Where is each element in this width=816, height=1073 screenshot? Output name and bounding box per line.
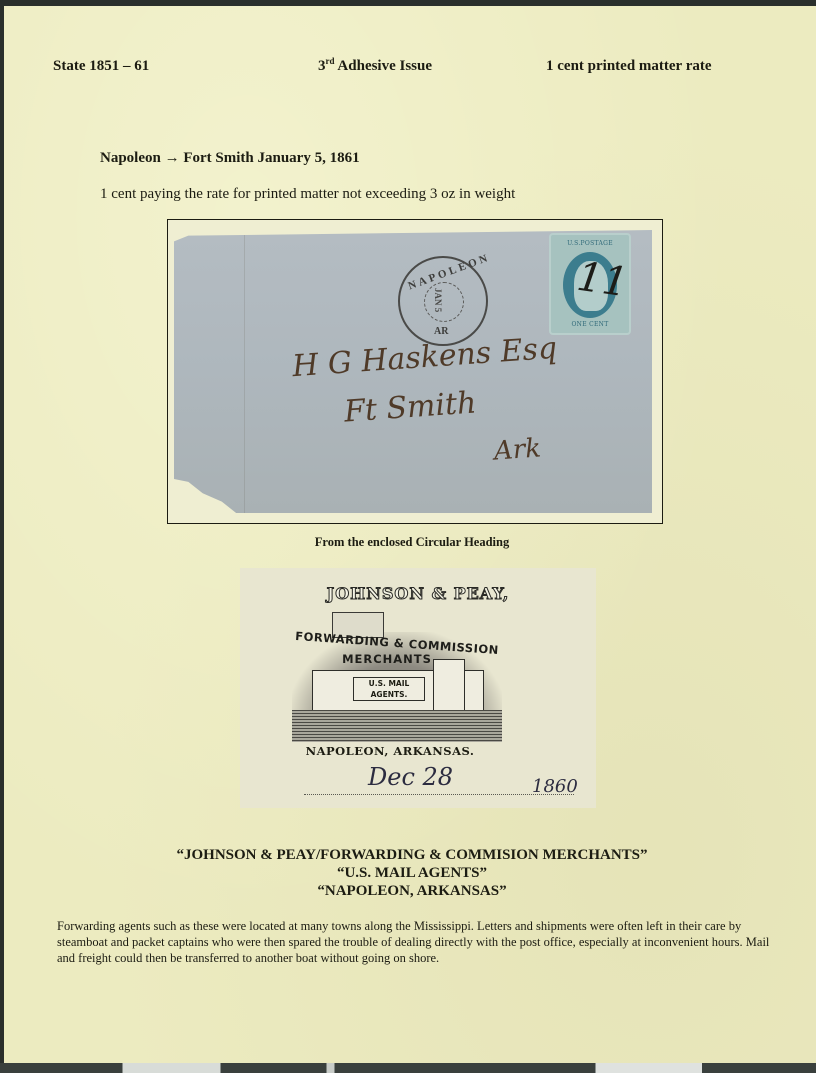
address-line-2: Ft Smith: [343, 385, 478, 429]
circular-caption: From the enclosed Circular Heading: [4, 535, 816, 550]
circular-firm-name: JOHNSON & PEAY,: [240, 584, 596, 603]
circular-illustration: FORWARDING & COMMISSION MERCHANTS U.S. M…: [292, 612, 502, 742]
quote-line-2: “U.S. MAIL AGENTS”: [4, 864, 816, 882]
postmark-icon: NAPOLEON JAN 5 AR: [398, 256, 488, 346]
exhibit-page: State 1851 – 61 3rd Adhesive Issue 1 cen…: [4, 6, 816, 1063]
address-line-3: Ark: [493, 433, 542, 466]
header-period: State 1851 – 61: [53, 58, 149, 75]
circular-heading-image: JOHNSON & PEAY, FORWARDING & COMMISSION …: [240, 568, 596, 808]
circular-town: NAPOLEON, ARKANSAS.: [240, 744, 540, 758]
quote-line-3: “NAPOLEON, ARKANSAS”: [4, 882, 816, 900]
route-title: Napoleon → Fort Smith January 5, 1861: [100, 150, 360, 167]
scan-bottom-edge: [0, 1063, 816, 1073]
description-paragraph: Forwarding agents such as these were loc…: [57, 918, 787, 966]
mail-sign-line-2: AGENTS.: [354, 689, 424, 700]
rate-description: 1 cent paying the rate for printed matte…: [100, 186, 515, 203]
stamp-top-text: U.S.POSTAGE: [551, 240, 629, 247]
postmark-state: AR: [434, 326, 448, 337]
postmark-date: JAN 5: [433, 288, 443, 312]
quoted-inscriptions: “JOHNSON & PEAY/FORWARDING & COMMISION M…: [4, 846, 816, 900]
postmark-inner-ring: [424, 282, 464, 322]
stamp-bottom-text: ONE CENT: [551, 321, 629, 328]
wharfboat-cabin: [433, 659, 465, 713]
header-issue: 3rd Adhesive Issue: [318, 58, 432, 75]
pen-cancel: 11: [574, 254, 631, 307]
envelope-image: NAPOLEON JAN 5 AR U.S.POSTAGE ONE CENT 1…: [174, 230, 652, 513]
circular-year: 1860: [532, 776, 578, 797]
wharfboat-icon: U.S. MAIL AGENTS.: [312, 670, 484, 712]
header-rate: 1 cent printed matter rate: [546, 58, 712, 75]
issue-label: Adhesive Issue: [335, 58, 433, 74]
mail-agents-sign: U.S. MAIL AGENTS.: [353, 677, 425, 701]
issue-suffix: rd: [326, 56, 335, 66]
stamp-icon: U.S.POSTAGE ONE CENT 11: [551, 235, 629, 333]
circular-date: Dec 28: [368, 763, 453, 791]
river-water: [292, 710, 502, 742]
issue-number: 3: [318, 58, 326, 74]
quote-line-1: “JOHNSON & PEAY/FORWARDING & COMMISION M…: [4, 846, 816, 864]
cover-frame: NAPOLEON JAN 5 AR U.S.POSTAGE ONE CENT 1…: [167, 219, 663, 524]
mail-sign-line-1: U.S. MAIL: [354, 678, 424, 689]
